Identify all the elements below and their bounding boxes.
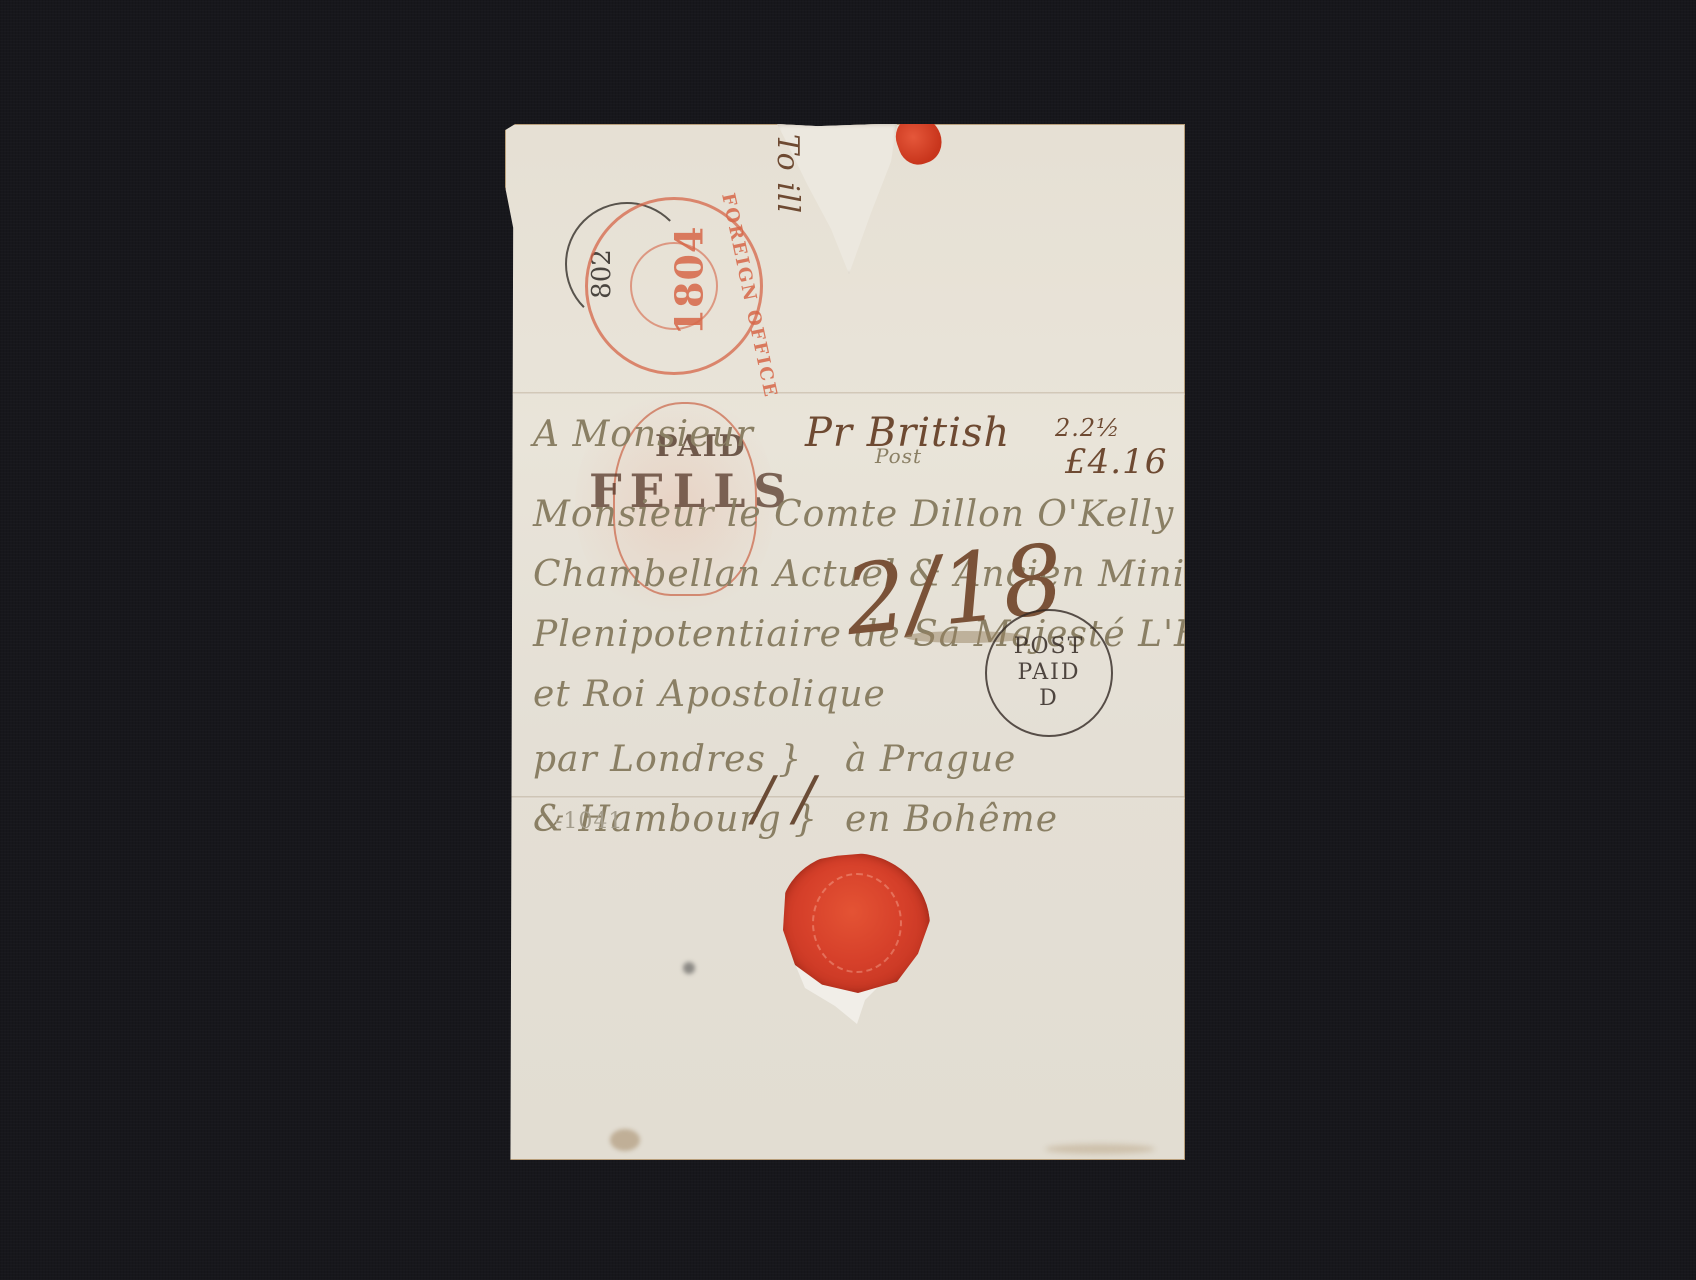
charge-amount: £4.16 (1065, 442, 1167, 482)
post-paid-d-postmark: POST PAID D (985, 609, 1113, 737)
foreign-office-date: 1804 (666, 226, 711, 336)
post-paid-line-3: D (1039, 686, 1059, 712)
foreign-office-postmark: FOREIGN OFFICE 1804 (585, 197, 763, 375)
stain-dot (683, 962, 695, 974)
destination-city: à Prague (845, 739, 1016, 780)
corner-note: To ill (770, 134, 805, 214)
wax-fragment-top (890, 110, 948, 170)
post-paid-line-1: POST (1014, 634, 1085, 660)
post-paid-line-2: PAID (1018, 660, 1081, 686)
charge-note-top: 2.2½ (1055, 414, 1120, 442)
stain-bottom-left (610, 1129, 640, 1151)
letter-cover: To ill 802 FOREIGN OFFICE 1804 PAID FELL… (505, 124, 1185, 1160)
slash-marks: / / (753, 764, 816, 834)
post-note: Post (875, 444, 922, 468)
address-line-5: et Roi Apostolique (533, 674, 886, 715)
address-line-2: Monsieur le Comte Dillon O'Kelly (533, 494, 1174, 535)
archive-pencil-number: -1041 (555, 809, 623, 834)
address-line-1: A Monsieur (533, 414, 754, 455)
destination-region: en Bohême (845, 799, 1058, 840)
foreign-office-ring-text: FOREIGN OFFICE (717, 191, 781, 400)
seal-impression-ring (812, 873, 902, 973)
fold-line-upper (505, 392, 1185, 395)
stain-bottom-right (1045, 1144, 1155, 1154)
